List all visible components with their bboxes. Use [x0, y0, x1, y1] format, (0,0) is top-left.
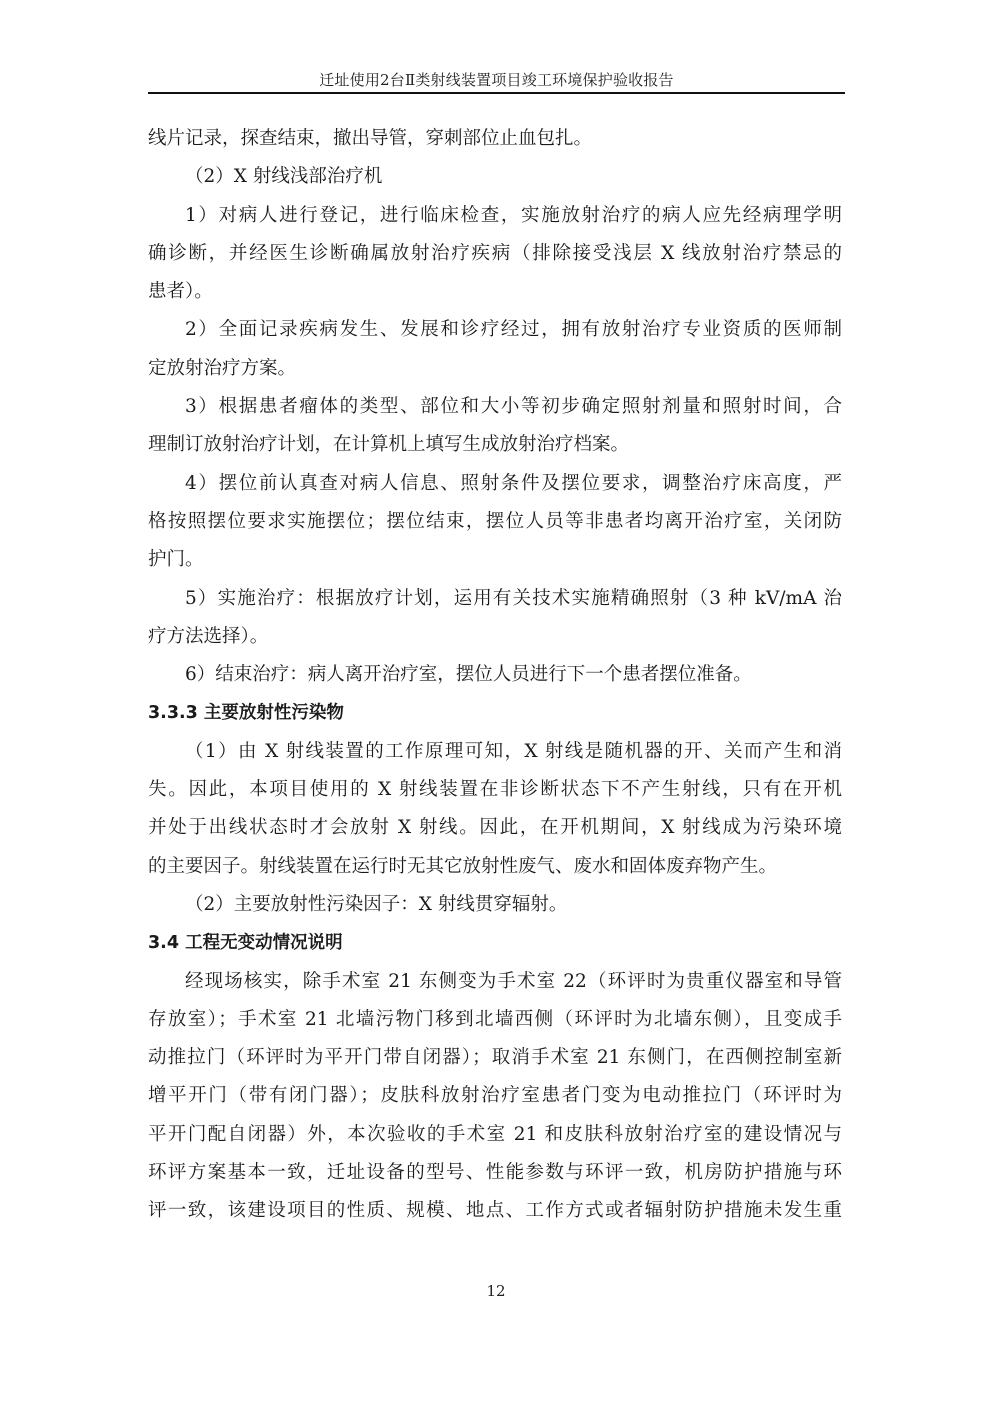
text-line: 5）实施治疗：根据放疗计划，运用有关技术实施精确照射（3 种 kV/mA 治	[148, 580, 842, 618]
subsection-label: （2）X 射线浅部治疗机	[148, 158, 842, 196]
text-line: 疗方法选择）。	[148, 618, 842, 656]
text-line: 的主要因子。射线装置在运行时无其它放射性废气、废水和固体废弃物产生。	[148, 848, 842, 886]
header-rule	[148, 92, 845, 94]
text-line: （1）由 X 射线装置的工作原理可知，X 射线是随机器的开、关而产生和消	[148, 733, 842, 771]
text-line: 2）全面记录疾病发生、发展和诊疗经过，拥有放射治疗专业资质的医师制	[148, 311, 842, 349]
section-heading-3-3-3: 3.3.3 主要放射性污染物	[148, 694, 842, 732]
page-number: 12	[0, 1281, 992, 1301]
text-line: 6）结束治疗：病人离开治疗室，摆位人员进行下一个患者摆位准备。	[148, 656, 842, 694]
text-line: 线片记录，探查结束，撤出导管，穿刺部位止血包扎。	[148, 120, 842, 158]
running-header: 迁址使用2台Ⅱ类射线装置项目竣工环境保护验收报告	[148, 70, 845, 90]
text-line: 3）根据患者瘤体的类型、部位和大小等初步确定照射剂量和照射时间，合	[148, 388, 842, 426]
text-line: 平开门配自闭器）外，本次验收的手术室 21 和皮肤科放射治疗室的建设情况与	[148, 1116, 842, 1154]
text-line: 环评方案基本一致，迁址设备的型号、性能参数与环评一致，机房防护措施与环	[148, 1154, 842, 1192]
text-line: 增平开门（带有闭门器）；皮肤科放射治疗室患者门变为电动推拉门（环评时为	[148, 1077, 842, 1115]
text-line: 格按照摆位要求实施摆位；摆位结束，摆位人员等非患者均离开治疗室，关闭防	[148, 503, 842, 541]
body-text: 线片记录，探查结束，撤出导管，穿刺部位止血包扎。 （2）X 射线浅部治疗机 1）…	[148, 120, 842, 1231]
text-line: 护门。	[148, 541, 842, 579]
section-heading-3-4: 3.4 工程无变动情况说明	[148, 924, 842, 962]
text-line: 并处于出线状态时才会放射 X 射线。因此，在开机期间，X 射线成为污染环境	[148, 809, 842, 847]
text-line: 理制订放射治疗计划，在计算机上填写生成放射治疗档案。	[148, 426, 842, 464]
text-line: 经现场核实，除手术室 21 东侧变为手术室 22（环评时为贵重仪器室和导管	[148, 963, 842, 1001]
text-line: 失。因此，本项目使用的 X 射线装置在非诊断状态下不产生射线，只有在开机	[148, 771, 842, 809]
text-line: （2）主要放射性污染因子：X 射线贯穿辐射。	[148, 886, 842, 924]
text-line: 存放室）；手术室 21 北墙污物门移到北墙西侧（环评时为北墙东侧），且变成手	[148, 1001, 842, 1039]
text-line: 确诊断，并经医生诊断确属放射治疗疾病（排除接受浅层 X 线放射治疗禁忌的	[148, 235, 842, 273]
text-line: 患者）。	[148, 273, 842, 311]
text-line: 1）对病人进行登记，进行临床检查，实施放射治疗的病人应先经病理学明	[148, 197, 842, 235]
text-line: 定放射治疗方案。	[148, 350, 842, 388]
text-line: 评一致，该建设项目的性质、规模、地点、工作方式或者辐射防护措施未发生重	[148, 1192, 842, 1230]
text-line: 动推拉门（环评时为平开门带自闭器）；取消手术室 21 东侧门，在西侧控制室新	[148, 1039, 842, 1077]
text-line: 4）摆位前认真查对病人信息、照射条件及摆位要求，调整治疗床高度，严	[148, 465, 842, 503]
